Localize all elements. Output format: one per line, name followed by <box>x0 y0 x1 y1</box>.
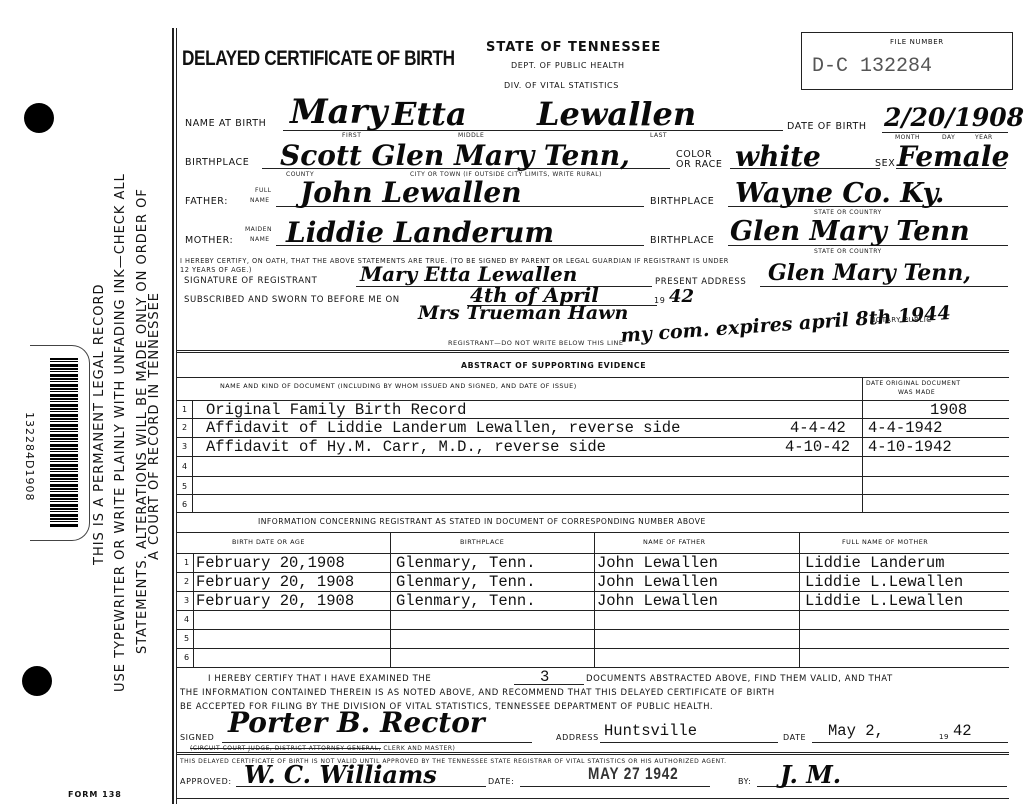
info-row-birth: February 20, 1908 <box>196 573 354 591</box>
evidence-row-document: Original Family Birth Record <box>206 401 466 419</box>
signature-of-registrant-label: SIGNATURE OF REGISTRANT <box>184 276 317 286</box>
barcode-icon <box>50 358 78 528</box>
dept-heading: DEPT. OF PUBLIC HEALTH <box>511 61 625 70</box>
info-col-father: NAME OF FATHER <box>643 538 706 546</box>
row-divider <box>176 610 1009 611</box>
middle-label: MIDDLE <box>458 132 484 139</box>
evidence-col-date-2: WAS MADE <box>898 389 935 396</box>
mother-name-value: Liddie Landerum <box>286 216 554 249</box>
barcode-number: 132284D1908 <box>23 412 36 501</box>
evidence-header-top <box>176 377 1009 378</box>
form-number: FORM 138 <box>68 790 122 799</box>
info-row-number: 6 <box>184 653 189 662</box>
info-col-mother: FULL NAME OF MOTHER <box>842 538 928 546</box>
father-sublabel-1: FULL <box>255 187 272 194</box>
form-left-border <box>172 28 174 804</box>
evidence-row-issue: 4-10-42 <box>785 438 850 456</box>
evidence-col-document: NAME AND KIND OF DOCUMENT (INCLUDING BY … <box>220 382 577 390</box>
evidence-row-issue: 4-4-42 <box>790 419 846 437</box>
info-row-mother: Liddie L.Lewallen <box>805 573 963 591</box>
file-number-label: FILE NUMBER <box>890 38 944 46</box>
instruction-line-1: THIS IS A PERMANENT LEGAL RECORD <box>92 283 107 565</box>
certifier-date-underline <box>812 742 1008 743</box>
evidence-row-number: 4 <box>182 462 187 471</box>
sworn-year-prefix: 19 <box>654 296 665 305</box>
evidence-row-date: 4-4-1942 <box>868 419 942 437</box>
approval-date-stamp: MAY 27 1942 <box>588 764 678 784</box>
birthplace-value: Scott Glen Mary Tenn, <box>280 139 630 172</box>
certifier-office-struck: (CIRCUIT COURT JUDGE, DISTRICT ATTORNEY … <box>190 745 455 752</box>
evidence-row-number: 2 <box>182 423 187 432</box>
info-header-top <box>176 532 1009 533</box>
dob-underline <box>882 132 1008 133</box>
evidence-row-date: 4-10-1942 <box>868 438 952 456</box>
info-row-number: 5 <box>184 634 189 643</box>
father-state-label: STATE OR COUNTRY <box>814 209 882 216</box>
certifier-address-label: ADDRESS <box>556 733 599 742</box>
sworn-year-value: 42 <box>669 286 694 307</box>
form-left-border-inner <box>176 28 177 804</box>
evidence-row-number: 5 <box>182 482 187 491</box>
mother-birthplace-label: BIRTHPLACE <box>650 235 714 246</box>
info-row-number: 3 <box>184 596 189 605</box>
notary-commission: my com. expires april 8th 1944 <box>620 302 951 347</box>
info-row-place: Glenmary, Tenn. <box>396 573 536 591</box>
notary-signature: Mrs Trueman Hawn <box>418 302 628 324</box>
sex-value: Female <box>897 140 1009 173</box>
last-label: LAST <box>650 132 667 139</box>
certify-line-2: THE INFORMATION CONTAINED THEREIN IS AS … <box>180 688 775 698</box>
oath-statement-2: 12 YEARS OF AGE.) <box>180 266 252 274</box>
instruction-line-4: A COURT OF RECORD IN TENNESSEE <box>147 292 162 560</box>
birthplace-label: BIRTHPLACE <box>185 157 249 168</box>
info-row-mother: Liddie L.Lewallen <box>805 592 963 610</box>
approval-date-underline <box>520 786 710 787</box>
last-name-value: Lewallen <box>537 95 696 133</box>
row-divider <box>176 476 1009 477</box>
first-name-value: Mary <box>290 92 387 132</box>
evidence-title: ABSTRACT OF SUPPORTING EVIDENCE <box>461 361 646 370</box>
certifier-signature: Porter B. Rector <box>228 706 485 739</box>
certifier-date-label: DATE <box>783 733 806 742</box>
row-divider <box>176 512 1009 513</box>
info-row-place: Glenmary, Tenn. <box>396 592 536 610</box>
info-col-place: BIRTHPLACE <box>460 538 504 546</box>
punch-hole-bottom <box>22 666 52 696</box>
info-title: INFORMATION CONCERNING REGISTRANT AS STA… <box>258 517 706 526</box>
certifier-date-value: May 2, <box>828 722 884 740</box>
info-row-birth: February 20,1908 <box>196 554 345 572</box>
signed-underline <box>222 742 532 743</box>
race-label-2: OR RACE <box>676 159 722 170</box>
certifier-address-value: Huntsville <box>604 722 697 740</box>
do-not-write-notice: REGISTRANT—DO NOT WRITE BELOW THIS LINE <box>448 339 623 347</box>
info-row-mother: Liddie Landerum <box>805 554 945 572</box>
info-row-father: John Lewallen <box>597 554 718 572</box>
middle-name-value: Etta <box>392 95 467 133</box>
approval-by-label: BY: <box>738 777 751 786</box>
mother-state-label: STATE OR COUNTRY <box>814 248 882 255</box>
mother-sublabel-2: NAME <box>250 236 270 243</box>
father-birthplace-value: Wayne Co. Ky. <box>735 178 944 209</box>
info-row-father: John Lewallen <box>597 592 718 610</box>
info-row-number: 4 <box>184 615 189 624</box>
sex-label: SEX <box>875 158 895 169</box>
name-at-birth-label: NAME AT BIRTH <box>185 118 266 129</box>
approval-separator <box>176 752 1009 755</box>
file-number-box: FILE NUMBER D-C 132284 <box>801 32 1013 90</box>
form-bottom-line <box>176 798 1009 799</box>
approved-label: APPROVED: <box>180 777 232 786</box>
documents-count: 3 <box>540 668 549 686</box>
mother-birthplace-value: Glen Mary Tenn <box>730 216 970 247</box>
certifier-year-prefix: 19 <box>939 733 949 741</box>
date-of-birth-label: DATE OF BIRTH <box>787 121 867 132</box>
info-row-father: John Lewallen <box>597 573 718 591</box>
row-divider <box>176 494 1009 495</box>
father-sublabel-2: NAME <box>250 197 270 204</box>
state-heading: STATE OF TENNESSEE <box>486 40 661 55</box>
evidence-row-date: 1908 <box>930 401 967 419</box>
evidence-row-document: Affidavit of Liddie Landerum Lewallen, r… <box>206 419 680 437</box>
mother-sublabel-1: MAIDEN <box>245 226 272 233</box>
father-label: FATHER: <box>185 196 228 207</box>
file-number-value: D-C 132284 <box>812 55 932 78</box>
signed-label: SIGNED <box>180 733 214 742</box>
date-of-birth-value: 2/20/1908 <box>884 103 1024 132</box>
evidence-col-date-1: DATE ORIGINAL DOCUMENT <box>866 380 960 387</box>
separator-double-line <box>176 350 1009 353</box>
evidence-row-document: Affidavit of Hy.M. Carr, M.D., reverse s… <box>206 438 606 456</box>
father-name-value: John Lewallen <box>300 176 522 209</box>
evidence-date-divider <box>862 377 863 512</box>
race-value: white <box>735 140 821 173</box>
certify-line-1b: DOCUMENTS ABSTRACTED ABOVE, FIND THEM VA… <box>586 674 893 684</box>
present-address-underline <box>760 286 1008 287</box>
office-kept-text: CLERK AND MASTER) <box>381 745 455 752</box>
info-row-place: Glenmary, Tenn. <box>396 554 536 572</box>
approval-by-signature: J. M. <box>780 760 841 789</box>
instruction-line-2: USE TYPEWRITER OR WRITE PLAINLY WITH UNF… <box>113 173 128 692</box>
office-struck-text: (CIRCUIT COURT JUDGE, DISTRICT ATTORNEY … <box>190 745 381 752</box>
certify-line-1a: I HEREBY CERTIFY THAT I HAVE EXAMINED TH… <box>208 674 431 684</box>
approved-signature: W. C. Williams <box>244 760 437 789</box>
present-address-value: Glen Mary Tenn, <box>768 260 971 286</box>
approval-date-label: DATE: <box>488 777 515 786</box>
page-title: DELAYED CERTIFICATE OF BIRTH <box>182 47 455 71</box>
info-col-birth: BIRTH DATE OR AGE <box>232 538 305 546</box>
certifier-year-value: 42 <box>953 722 972 740</box>
row-divider <box>176 456 1009 457</box>
sworn-label: SUBSCRIBED AND SWORN TO BEFORE ME ON <box>184 295 400 305</box>
info-row-number: 2 <box>184 577 189 586</box>
evidence-row-number: 3 <box>182 442 187 451</box>
division-heading: DIV. OF VITAL STATISTICS <box>504 81 619 90</box>
row-divider <box>176 667 1009 668</box>
row-divider <box>176 629 1009 630</box>
info-row-birth: February 20, 1908 <box>196 592 354 610</box>
row-divider <box>176 648 1009 649</box>
evidence-row-number: 1 <box>182 405 187 414</box>
father-birthplace-label: BIRTHPLACE <box>650 196 714 207</box>
certifier-address-underline <box>600 742 778 743</box>
info-row-number: 1 <box>184 558 189 567</box>
punch-hole-top <box>24 103 54 133</box>
mother-label: MOTHER: <box>185 235 233 246</box>
first-label: FIRST <box>342 132 361 139</box>
evidence-row-number: 6 <box>182 500 187 509</box>
